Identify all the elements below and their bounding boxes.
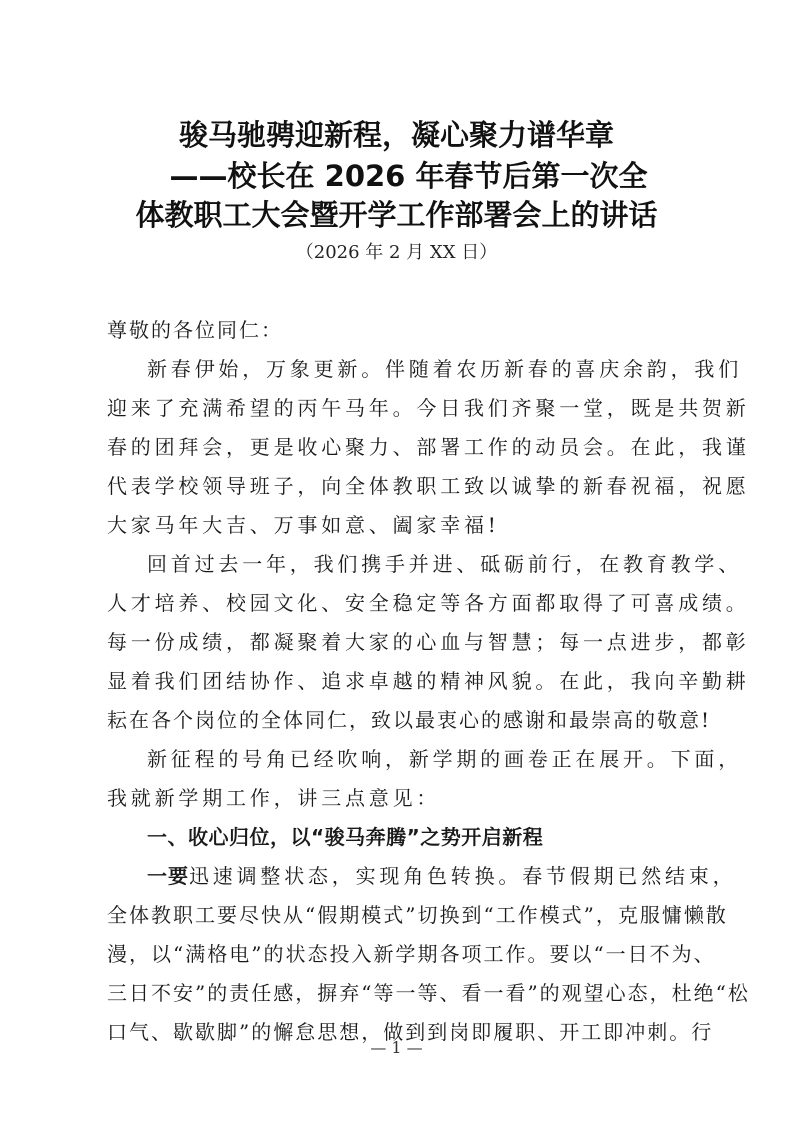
section-lead: 一要 — [147, 864, 189, 888]
document-title-line-1: 骏马驰骋迎新程，凝心聚力谱华章 — [0, 114, 793, 156]
paragraph-line: 全体教职工要尽快从“假期模式”切换到“工作模式”，克服慵懒散 — [107, 896, 687, 935]
document-page: 骏马驰骋迎新程，凝心聚力谱华章 ——校长在 2026 年春节后第一次全 体教职工… — [0, 0, 793, 1122]
paragraph-line: 新春伊始，万象更新。伴随着农历新春的喜庆余韵，我们 — [107, 350, 687, 389]
paragraph-line: 代表学校领导班子，向全体教职工致以诚挚的新春祝福，祝愿 — [107, 467, 687, 506]
document-body: 尊敬的各位同仁： 新春伊始，万象更新。伴随着农历新春的喜庆余韵，我们 迎来了充满… — [107, 311, 687, 1052]
paragraph-line: 漫，以“满格电”的状态投入新学期各项工作。要以“一日不为、 — [107, 935, 687, 974]
paragraph-line: 我就新学期工作，讲三点意见： — [107, 779, 687, 818]
salutation: 尊敬的各位同仁： — [107, 311, 687, 350]
paragraph-line: 新征程的号角已经吹响，新学期的画卷正在展开。下面， — [107, 740, 687, 779]
paragraph-line: 人才培养、校园文化、安全稳定等各方面都取得了可喜成绩。 — [107, 584, 687, 623]
paragraph-line: 一要迅速调整状态，实现角色转换。春节假期已然结束， — [107, 857, 687, 896]
paragraph-line: 大家马年大吉、万事如意、阖家幸福! — [107, 506, 687, 545]
paragraph-line: 迎来了充满希望的丙午马年。今日我们齐聚一堂，既是共贺新 — [107, 389, 687, 428]
paragraph-line: 每一份成绩，都凝聚着大家的心血与智慧；每一点进步，都彰 — [107, 623, 687, 662]
section-heading: 一、收心归位，以“骏马奔腾”之势开启新程 — [107, 818, 687, 857]
paragraph-line: 春的团拜会，更是收心聚力、部署工作的动员会。在此，我谨 — [107, 428, 687, 467]
paragraph-line: 三日不安”的责任感，摒弃“等一等、看一看”的观望心态，杜绝“松 — [107, 974, 687, 1013]
paragraph-line: 回首过去一年，我们携手并进、砥砺前行，在教育教学、 — [107, 545, 687, 584]
document-title-line-2: ——校长在 2026 年春节后第一次全 — [0, 155, 793, 197]
paragraph-line: 显着我们团结协作、追求卓越的精神风貌。在此，我向辛勤耕 — [107, 662, 687, 701]
paragraph-line: 耘在各个岗位的全体同仁，致以最衷心的感谢和最崇高的敬意! — [107, 701, 687, 740]
page-number: — 1 — — [0, 1038, 793, 1057]
document-title-line-3: 体教职工大会暨开学工作部署会上的讲话 — [0, 194, 793, 236]
document-date: （2026 年 2 月 XX 日） — [0, 239, 793, 267]
section-line-text: 迅速调整状态，实现角色转换。春节假期已然结束， — [189, 864, 736, 888]
